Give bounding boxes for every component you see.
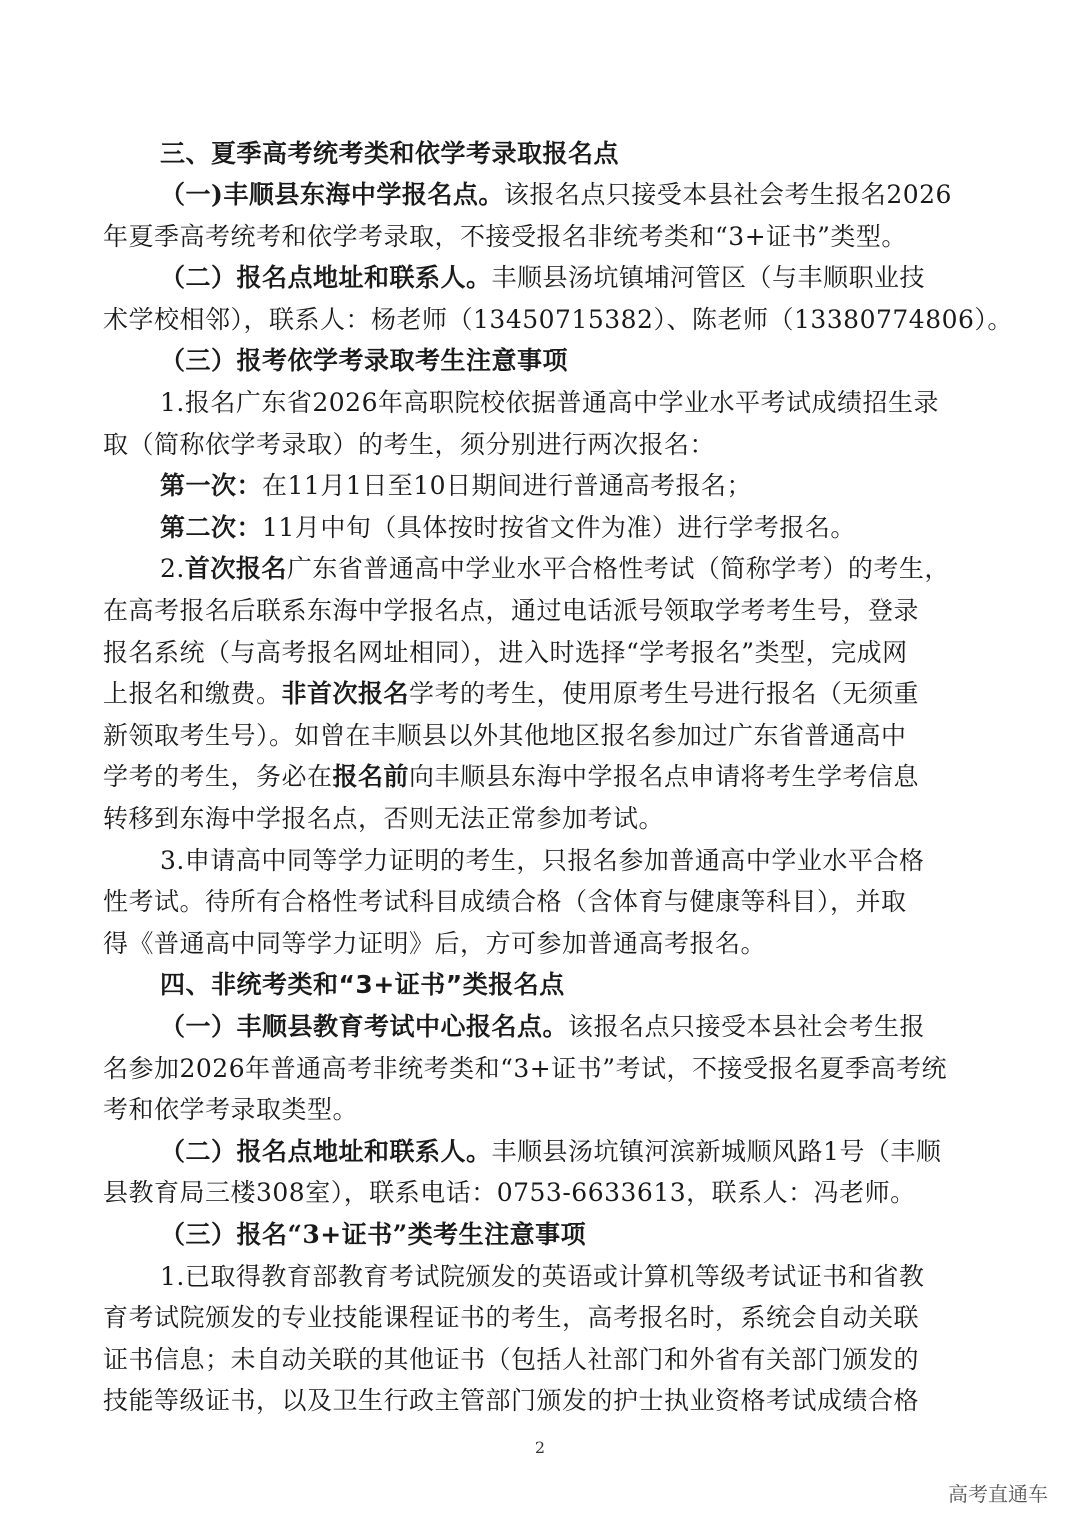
body-text: 3.申请高中同等学力证明的考生，只报名参加普通高中学业水平合格 [160, 846, 924, 875]
body-text: 1.报名广东省2026年高职院校依据普通高中学业水平考试成绩招生录 [160, 388, 939, 417]
body-text: 学考的考生，使用原考生号进行报名（无须重 [409, 679, 919, 708]
body-text: 广东省普通高中学业水平合格性考试（简称学考）的考生， [287, 554, 950, 583]
body-text: 报名系统（与高考报名网址相同），进入时选择“学考报名”类型，完成网 [103, 638, 908, 667]
body-text: 2. [160, 554, 185, 583]
text-line: 术学校相邻），联系人：杨老师（13450715382）、陈老师（13380774… [0, 301, 1080, 339]
text-line: 1.已取得教育部教育考试院颁发的英语或计算机等级考试证书和省教 [0, 1258, 1080, 1296]
text-line: （一）丰顺县教育考试中心报名点。该报名点只接受本县社会考生报 [0, 1008, 1080, 1046]
bold-text: （二）报名点地址和联系人。 [160, 263, 492, 292]
body-text: 育考试院颁发的专业技能课程证书的考生，高考报名时，系统会自动关联 [103, 1303, 919, 1332]
text-line: 1.报名广东省2026年高职院校依据普通高中学业水平考试成绩招生录 [0, 384, 1080, 422]
page-number: 2 [0, 1438, 1080, 1457]
body-text: 1.已取得教育部教育考试院颁发的英语或计算机等级考试证书和省教 [160, 1262, 924, 1291]
body-text: 在高考报名后联系东海中学报名点，通过电话派号领取学考考生号，登录 [103, 596, 919, 625]
watermark-label: 高考直通车 [948, 1478, 1048, 1507]
body-text: 该报名点只接受本县社会考生报名2026 [504, 180, 952, 209]
text-line: 取（简称依学考录取）的考生，须分别进行两次报名： [0, 426, 1080, 464]
body-text: 在11月1日至10日期间进行普通高考报名； [262, 471, 752, 500]
body-text: 学考的考生，务必在 [103, 762, 333, 791]
body-text: 术学校相邻），联系人：杨老师（13450715382）、陈老师（13380774… [103, 305, 1013, 334]
bold-text: （一）丰顺县教育考试中心报名点。 [160, 1012, 568, 1041]
body-text: 年夏季高考统考和依学考录取，不接受报名非统考类和“3+证书”类型。 [103, 222, 907, 251]
bold-text: 第一次： [160, 471, 262, 500]
body-text: 考和依学考录取类型。 [103, 1095, 358, 1124]
text-line: 县教育局三楼308室），联系电话：0753-6633613，联系人：冯老师。 [0, 1174, 1080, 1212]
text-line: （二）报名点地址和联系人。丰顺县汤坑镇河滨新城顺风路1号（丰顺 [0, 1133, 1080, 1171]
body-text: 上报名和缴费。 [103, 679, 282, 708]
text-line: 在高考报名后联系东海中学报名点，通过电话派号领取学考考生号，登录 [0, 592, 1080, 630]
text-line: 考和依学考录取类型。 [0, 1091, 1080, 1129]
body-text: 向丰顺县东海中学报名点申请将考生学考信息 [409, 762, 919, 791]
text-line: 第二次：11月中旬（具体按时按省文件为准）进行学考报名。 [0, 509, 1080, 547]
text-line: 四、非统考类和“3+证书”类报名点 [0, 966, 1080, 1004]
bold-text: 报名前 [333, 762, 410, 791]
bold-text: 第二次： [160, 513, 262, 542]
text-line: 名参加2026年普通高考非统考类和“3+证书”考试，不接受报名夏季高考统 [0, 1050, 1080, 1088]
text-line: 2.首次报名广东省普通高中学业水平合格性考试（简称学考）的考生， [0, 550, 1080, 588]
bold-text: （一)丰顺县东海中学报名点。 [160, 180, 504, 209]
text-line: 得《普通高中同等学力证明》后，方可参加普通高考报名。 [0, 925, 1080, 963]
body-text: 新领取考生号）。如曾在丰顺县以外其他地区报名参加过广东省普通高中 [103, 721, 907, 750]
section-heading: 四、非统考类和“3+证书”类报名点 [160, 970, 565, 999]
bold-text: 首次报名 [185, 554, 287, 583]
body-text: 丰顺县汤坑镇河滨新城顺风路1号（丰顺 [492, 1137, 942, 1166]
bold-text: （二）报名点地址和联系人。 [160, 1137, 492, 1166]
text-line: 技能等级证书，以及卫生行政主管部门颁发的护士执业资格考试成绩合格 [0, 1382, 1080, 1420]
text-line: 学考的考生，务必在报名前向丰顺县东海中学报名点申请将考生学考信息 [0, 758, 1080, 796]
body-text: 该报名点只接受本县社会考生报 [568, 1012, 925, 1041]
body-text: 技能等级证书，以及卫生行政主管部门颁发的护士执业资格考试成绩合格 [103, 1386, 919, 1415]
document-page: 三、夏季高考统考类和依学考录取报名点（一)丰顺县东海中学报名点。该报名点只接受本… [0, 0, 1080, 1527]
body-text: 性考试。待所有合格性考试科目成绩合格（含体育与健康等科目），并取 [103, 887, 907, 916]
text-line: 证书信息；未自动关联的其他证书（包括人社部门和外省有关部门颁发的 [0, 1341, 1080, 1379]
text-line: （二）报名点地址和联系人。丰顺县汤坑镇埔河管区（与丰顺职业技 [0, 259, 1080, 297]
text-line: 育考试院颁发的专业技能课程证书的考生，高考报名时，系统会自动关联 [0, 1299, 1080, 1337]
text-line: 新领取考生号）。如曾在丰顺县以外其他地区报名参加过广东省普通高中 [0, 717, 1080, 755]
text-line: 转移到东海中学报名点，否则无法正常参加考试。 [0, 800, 1080, 838]
bold-text: （三）报考依学考录取考生注意事项 [160, 346, 568, 375]
text-line: （三）报名“3+证书”类考生注意事项 [0, 1216, 1080, 1254]
text-line: 性考试。待所有合格性考试科目成绩合格（含体育与健康等科目），并取 [0, 883, 1080, 921]
body-text: 得《普通高中同等学力证明》后，方可参加普通高考报名。 [103, 929, 766, 958]
text-line: （一)丰顺县东海中学报名点。该报名点只接受本县社会考生报名2026 [0, 176, 1080, 214]
text-line: 报名系统（与高考报名网址相同），进入时选择“学考报名”类型，完成网 [0, 634, 1080, 672]
body-text: 证书信息；未自动关联的其他证书（包括人社部门和外省有关部门颁发的 [103, 1345, 919, 1374]
body-text: 县教育局三楼308室），联系电话：0753-6633613，联系人：冯老师。 [103, 1178, 916, 1207]
body-text: 名参加2026年普通高考非统考类和“3+证书”考试，不接受报名夏季高考统 [103, 1054, 947, 1083]
section-heading: 三、夏季高考统考类和依学考录取报名点 [160, 139, 619, 168]
text-line: 3.申请高中同等学力证明的考生，只报名参加普通高中学业水平合格 [0, 842, 1080, 880]
bold-text: 非首次报名 [282, 679, 410, 708]
text-line: 上报名和缴费。非首次报名学考的考生，使用原考生号进行报名（无须重 [0, 675, 1080, 713]
body-text: 11月中旬（具体按时按省文件为准）进行学考报名。 [262, 513, 856, 542]
text-line: 三、夏季高考统考类和依学考录取报名点 [0, 135, 1080, 173]
text-line: 年夏季高考统考和依学考录取，不接受报名非统考类和“3+证书”类型。 [0, 218, 1080, 256]
body-text: 丰顺县汤坑镇埔河管区（与丰顺职业技 [492, 263, 926, 292]
text-line: （三）报考依学考录取考生注意事项 [0, 342, 1080, 380]
body-text: 转移到东海中学报名点，否则无法正常参加考试。 [103, 804, 664, 833]
text-line: 第一次：在11月1日至10日期间进行普通高考报名； [0, 467, 1080, 505]
body-text: 取（简称依学考录取）的考生，须分别进行两次报名： [103, 430, 715, 459]
bold-text: （三）报名“3+证书”类考生注意事项 [160, 1220, 586, 1249]
